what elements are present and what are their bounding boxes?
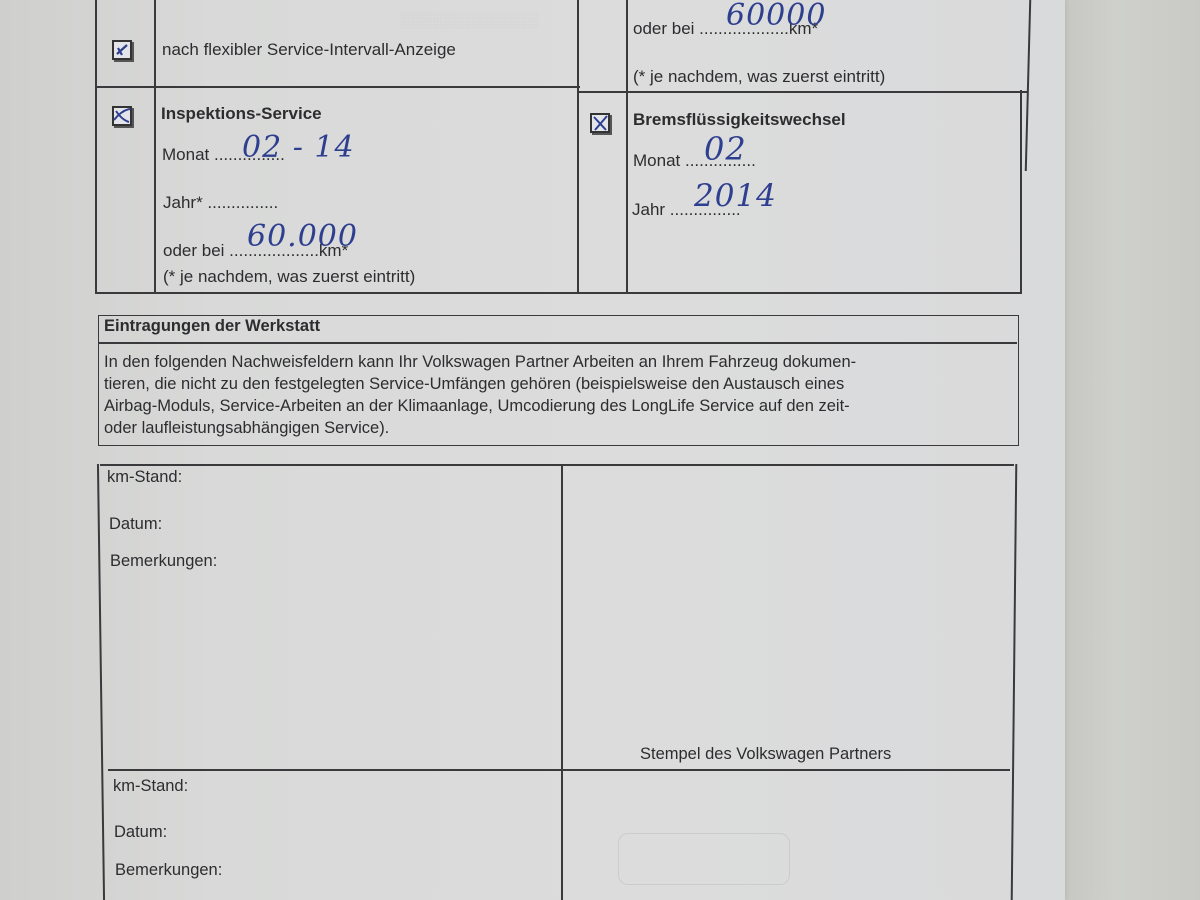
km-prefix: oder bei <box>163 241 224 260</box>
entry1-stamp-area[interactable] <box>565 468 1010 738</box>
table-border-left <box>95 0 97 293</box>
entry2-km-field[interactable] <box>205 775 555 799</box>
entry1-km-label: km-Stand: <box>107 468 182 487</box>
entry1-km-field[interactable] <box>200 466 550 490</box>
workshop-entries-description: In den folgenden Nachweisfeldern kann Ih… <box>104 351 856 439</box>
table-row-divider <box>95 86 580 88</box>
entry1-remarks-field[interactable] <box>108 575 553 765</box>
inspection-year-label: Jahr* ............... <box>163 193 278 213</box>
inspection-month-value[interactable]: 02 - 14 <box>242 130 355 165</box>
brake-fluid-checkbox[interactable] <box>590 113 610 133</box>
description-line: In den folgenden Nachweisfeldern kann Ih… <box>104 351 856 373</box>
description-line: tieren, die nicht zu den festgelegten Se… <box>104 373 856 395</box>
inspection-km-value[interactable]: 60.000 <box>247 219 358 254</box>
workshop-entries-title: Eintragungen der Werkstatt <box>104 317 320 336</box>
description-line: Airbag-Moduls, Service-Arbeiten an der K… <box>104 395 856 417</box>
top-footnote: (* je nachdem, was zuerst eintritt) <box>633 67 885 87</box>
table-border-bottom <box>95 292 1022 294</box>
table-divider <box>577 0 579 293</box>
header-divider <box>99 342 1017 344</box>
entry1-date-field[interactable] <box>180 513 550 537</box>
flexible-interval-checkbox[interactable] <box>112 40 132 60</box>
entry1-date-label: Datum: <box>109 515 162 534</box>
cross-mark-icon <box>112 106 132 126</box>
table-border-right <box>1025 0 1031 171</box>
entry1-remarks-label: Bemerkungen: <box>110 552 217 571</box>
brake-year-value[interactable]: 2014 <box>694 178 777 214</box>
brake-fluid-title: Bremsflüssigkeitswechsel <box>633 110 846 130</box>
brake-month-value[interactable]: 02 <box>704 130 747 168</box>
entry-border-right <box>1011 464 1017 900</box>
inspection-service-title: Inspektions-Service <box>161 104 322 124</box>
entry1-stamp-label: Stempel des Volkswagen Partners <box>640 745 891 764</box>
flexible-interval-label: nach flexibler Service-Intervall-Anzeige <box>162 40 456 60</box>
inspection-service-checkbox[interactable] <box>112 106 132 126</box>
desk-background <box>1060 0 1200 900</box>
service-booklet-page: ░░░░░░░░░░░░░ nach flexibler Service-Int… <box>0 0 1065 900</box>
table-divider <box>154 0 156 293</box>
entry2-date-label: Datum: <box>114 823 167 842</box>
show-through-stamp <box>618 833 790 885</box>
entry2-date-field[interactable] <box>185 821 555 845</box>
entry2-remarks-label: Bemerkungen: <box>115 861 222 880</box>
entry-border-left <box>97 464 105 900</box>
entry-divider <box>561 464 563 900</box>
table-border-right <box>1020 90 1022 294</box>
entry-row-divider <box>108 769 1010 771</box>
table-divider <box>626 0 628 293</box>
inspection-footnote: (* je nachdem, was zuerst eintritt) <box>163 267 415 287</box>
cross-mark-icon <box>590 113 610 133</box>
top-km-value[interactable]: 60000 <box>726 0 826 33</box>
table-row-divider <box>577 91 1027 93</box>
show-through-text: ░░░░░░░░░░░░░ <box>400 12 538 29</box>
description-line: oder laufleistungsabhängigen Service). <box>104 417 856 439</box>
checkmark-icon <box>112 40 132 60</box>
entry2-km-label: km-Stand: <box>113 777 188 796</box>
